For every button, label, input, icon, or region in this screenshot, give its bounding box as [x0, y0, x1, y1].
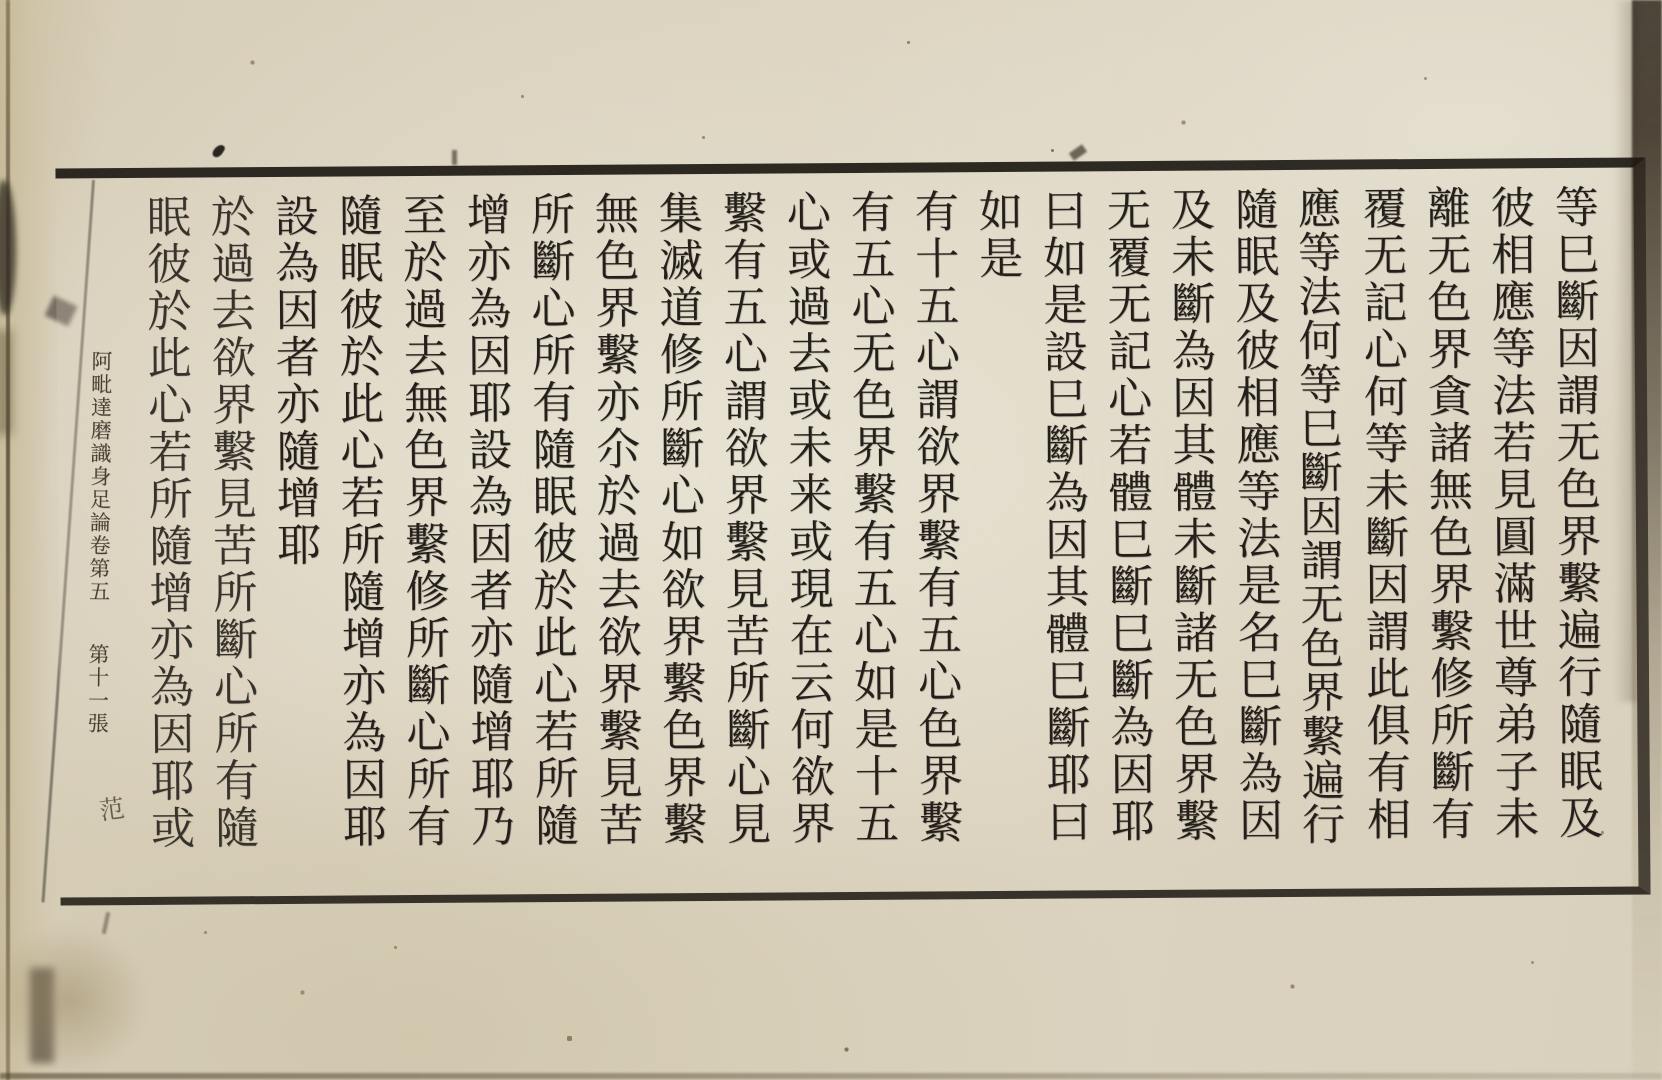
colophon-gap	[98, 603, 99, 643]
text-column: 所斷心所有隨眠彼於此心若所隨	[516, 191, 585, 877]
paper-specks	[0, 0, 1, 1]
ink-smudge	[452, 150, 457, 165]
text-column: 至於過去無色界繫修所斷心所有	[388, 192, 457, 878]
text-column: 眠彼於此心若所隨增亦為因耶或	[132, 194, 201, 880]
printed-frame: 等巳斷因謂无色界繫遍行隨眠及 彼相應等法若見圓滿世尊弟子未 離无色界貪諸無色界繫…	[55, 157, 1650, 905]
text-column: 彼相應等法若見圓滿世尊弟子未	[1476, 184, 1545, 870]
page-scan: 等巳斷因謂无色界繫遍行隨眠及 彼相應等法若見圓滿世尊弟子未 離无色界貪諸無色界繫…	[0, 0, 1662, 1080]
binding-edge-line	[6, 0, 10, 1080]
reading-mark	[211, 143, 226, 160]
ink-smudge	[1069, 144, 1087, 161]
paper-stain	[0, 925, 148, 1075]
text-column: 隨眠及彼相應等法是名巳斷為因	[1220, 186, 1289, 872]
colophon-title: 阿毗達磨識身足論卷第五	[86, 350, 113, 603]
colophon-column: 阿毗達磨識身足論卷第五第十一張	[82, 350, 116, 735]
text-column: 等巳斷因謂无色界繫遍行隨眠及	[1540, 184, 1609, 870]
text-column: 繫有五心謂欲界繫見苦所斷心見	[708, 190, 777, 876]
text-area: 等巳斷因謂无色界繫遍行隨眠及 彼相應等法若見圓滿世尊弟子未 離无色界貪諸無色界繫…	[132, 184, 1609, 880]
text-column: 增亦為因耶設為因者亦隨增耶乃	[452, 191, 521, 877]
text-column: 集滅道修所斷心如欲界繫色界繫	[644, 190, 713, 876]
text-column: 及未斷為因其體未斷諸无色界繫	[1156, 186, 1225, 872]
page-bottom-edge	[0, 1073, 1662, 1079]
text-column: 設為因者亦隨增耶	[260, 193, 329, 879]
text-column: 於過去欲界繫見苦所斷心所有隨	[196, 193, 265, 879]
text-column: 應等法何等巳斷因謂无色界繫遍行	[1284, 186, 1353, 872]
text-column: 離无色界貪諸無色界繫修所斷有	[1412, 185, 1481, 871]
ink-smudge	[0, 330, 12, 435]
colophon-sheet-number: 第十一張	[85, 643, 110, 735]
text-column: 覆无記心何等未斷因謂此俱有相	[1348, 185, 1417, 871]
carver-mark: 范	[90, 794, 129, 823]
text-column: 有五心无色界繫有五心如是十五	[836, 189, 905, 875]
text-column: 無色界繫亦尒於過去欲界繫見苦	[580, 190, 649, 876]
text-column: 曰如是設巳斷為因其體巳斷耶曰	[1028, 187, 1097, 873]
text-column: 如是	[964, 188, 1033, 874]
text-column: 有十五心謂欲界繫有五心色界繫	[900, 188, 969, 874]
text-column: 心或過去或未来或現在云何欲界	[772, 189, 841, 875]
text-column: 无覆无記心若體巳斷巳斷為因耶	[1092, 187, 1161, 873]
text-column: 隨眠彼於此心若所隨增亦為因耶	[324, 192, 393, 878]
